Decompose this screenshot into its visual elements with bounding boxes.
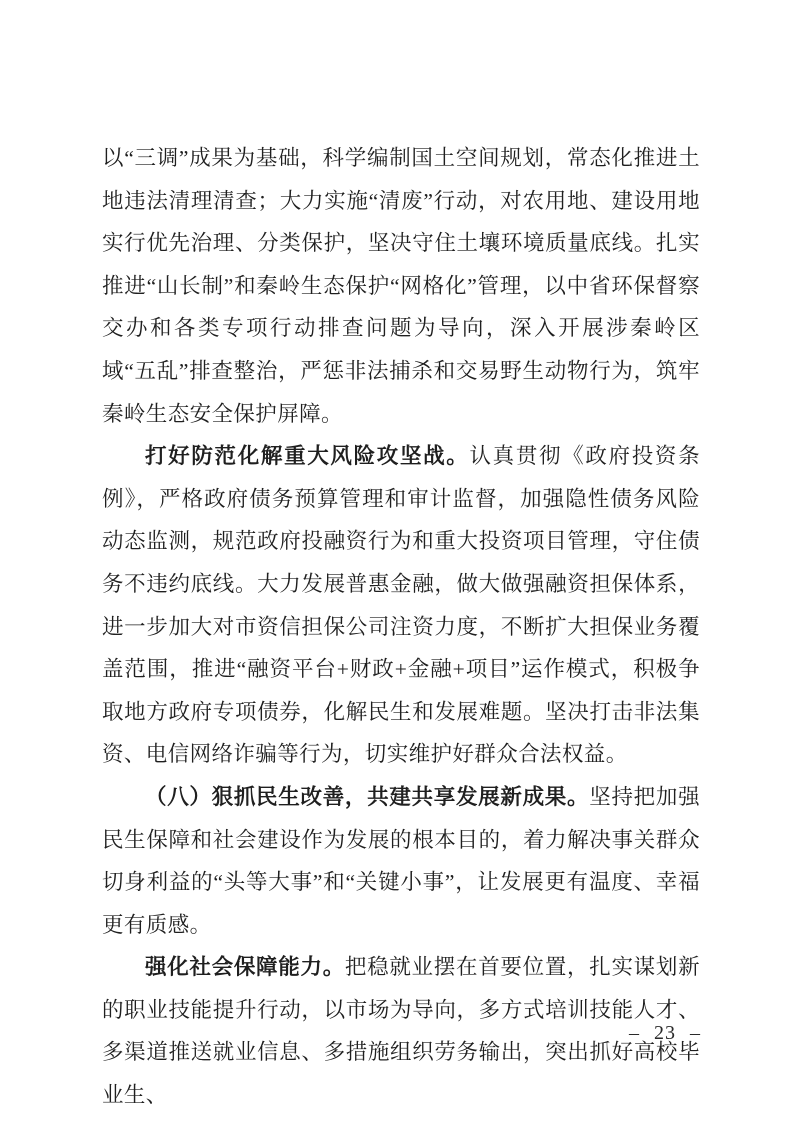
paragraph-text: 认真贯彻《政府投资条例》，严格政府债务预算管理和审计监督，加强隐性债务风险动态监… — [102, 444, 700, 766]
body-text: 以“三调”成果为基础，科学编制国土空间规划，常态化推进土地违法清理清查；大力实施… — [102, 137, 700, 1117]
paragraph-lead: 打好防范化解重大风险攻坚战。 — [145, 444, 469, 468]
paragraph-lead: 强化社会保障能力。 — [145, 955, 345, 979]
paragraph-social-security: 强化社会保障能力。把稳就业摆在首要位置，扎实谋划新的职业技能提升行动，以市场为导… — [102, 946, 700, 1116]
paragraph-text: 以“三调”成果为基础，科学编制国土空间规划，常态化推进土地违法清理清查；大力实施… — [102, 146, 700, 426]
document-page: 以“三调”成果为基础，科学编制国土空间规划，常态化推进土地违法清理清查；大力实施… — [0, 0, 793, 1122]
paragraph-livelihood-section: （八）狠抓民生改善，共建共享发展新成果。坚持把加强民生保障和社会建设作为发展的根… — [102, 776, 700, 946]
paragraph-risk-prevention: 打好防范化解重大风险攻坚战。认真贯彻《政府投资条例》，严格政府债务预算管理和审计… — [102, 435, 700, 776]
paragraph-land-ecology: 以“三调”成果为基础，科学编制国土空间规划，常态化推进土地违法清理清查；大力实施… — [102, 137, 700, 435]
paragraph-lead: （八）狠抓民生改善，共建共享发展新成果。 — [145, 785, 589, 809]
page-number: – 23 – — [615, 1019, 715, 1047]
